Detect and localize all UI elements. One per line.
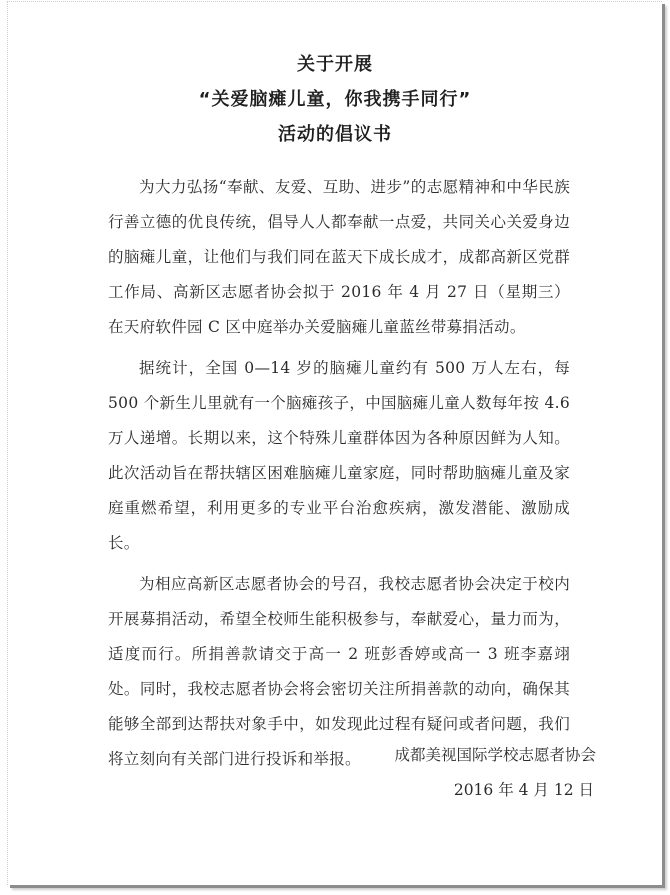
document-title: 关于开展 “关爱脑瘫儿童，你我携手同行” 活动的倡议书 bbox=[8, 47, 662, 152]
signature-organization: 成都美视国际学校志愿者协会 bbox=[394, 738, 596, 773]
signature-block: 成都美视国际学校志愿者协会 2016 年 4 月 12 日 bbox=[394, 738, 596, 808]
paragraph-intro: 为大力弘扬“奉献、友爱、互助、进步”的志愿精神和中华民族行善立德的优良传统，倡导… bbox=[108, 170, 570, 345]
title-line-2: “关爱脑瘫儿童，你我携手同行” bbox=[8, 82, 662, 117]
title-line-1: 关于开展 bbox=[8, 47, 662, 82]
title-line-3: 活动的倡议书 bbox=[8, 117, 662, 152]
document-body: 为大力弘扬“奉献、友爱、互助、进步”的志愿精神和中华民族行善立德的优良传统，倡导… bbox=[108, 170, 570, 777]
paragraph-statistics: 据统计，全国 0—14 岁的脑瘫儿童约有 500 万人左右，每 500 个新生儿… bbox=[108, 351, 570, 561]
signature-date: 2016 年 4 月 12 日 bbox=[394, 773, 596, 808]
document-page: 关于开展 “关爱脑瘫儿童，你我携手同行” 活动的倡议书 为大力弘扬“奉献、友爱、… bbox=[7, 1, 662, 885]
